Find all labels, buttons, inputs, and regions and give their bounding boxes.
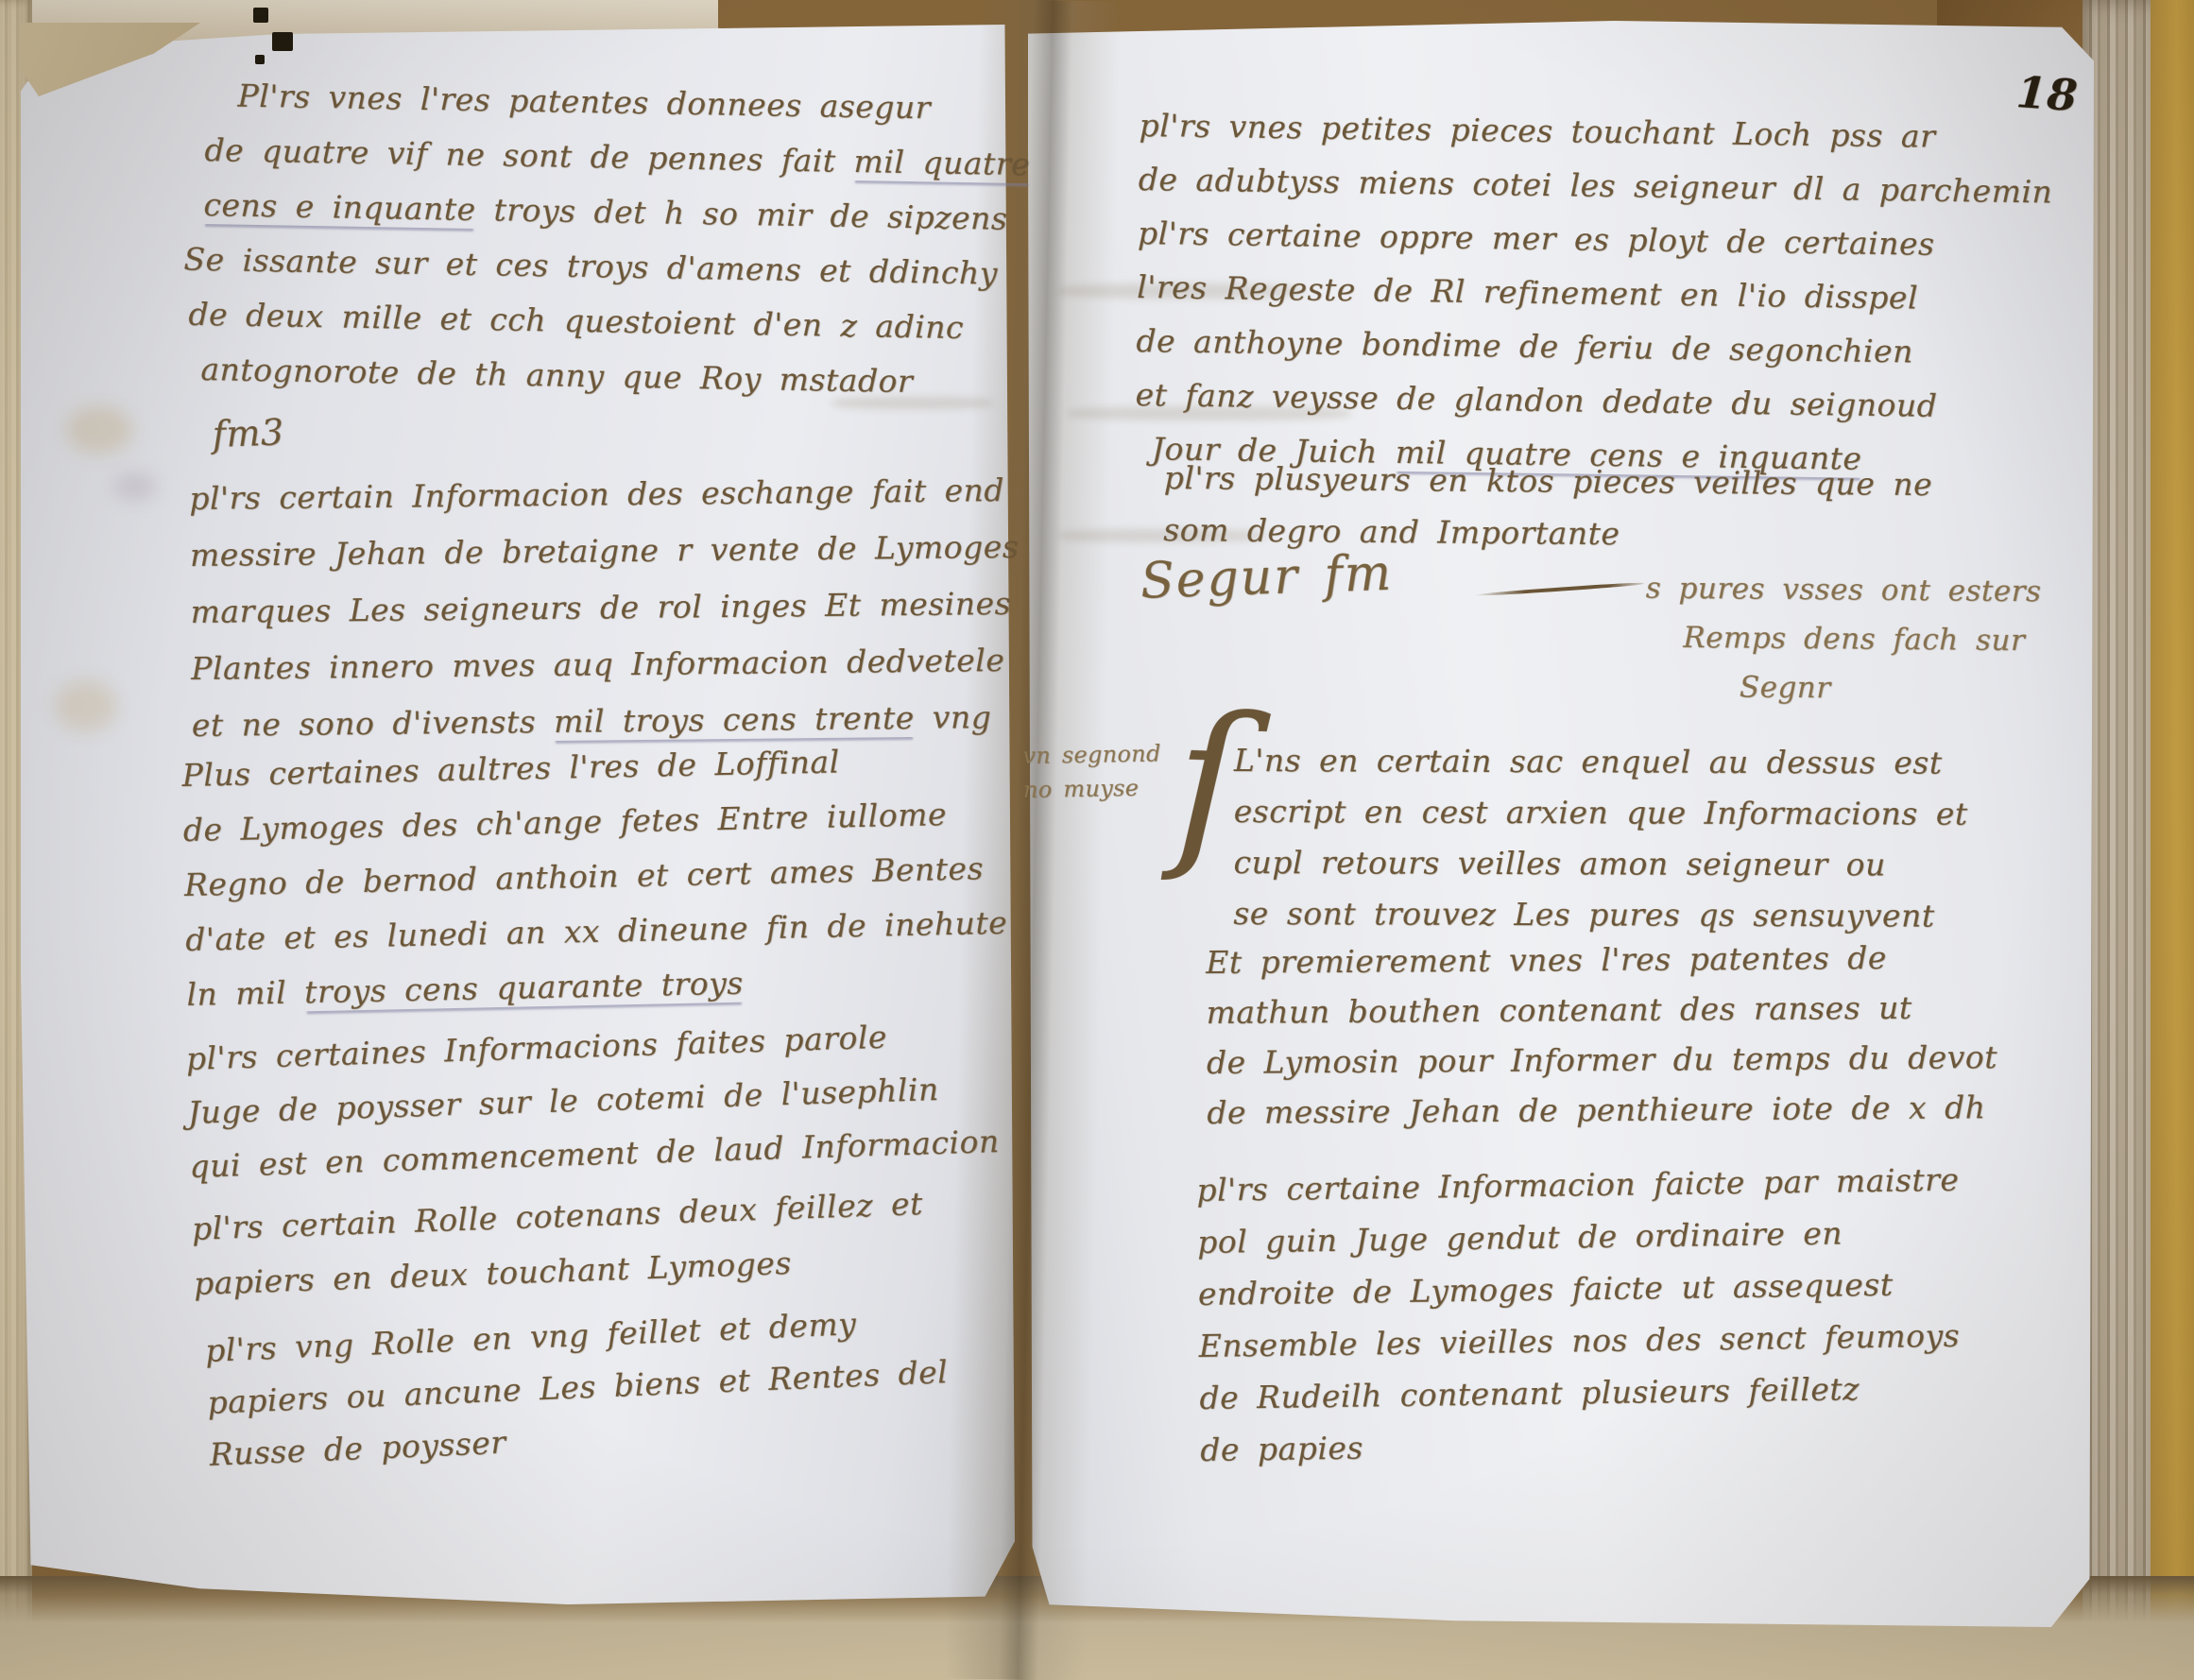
left-text-block-6: pl'rs vng Rolle en vng feillet et demy p… xyxy=(204,1294,951,1481)
catchword: fm3 xyxy=(212,411,284,455)
right-text-block-1: pl'rs vnes petites pieces touchant Loch … xyxy=(1134,98,2053,488)
left-text-block-3: Plus certaines aultres l'res de Loffinal… xyxy=(181,731,1009,1022)
foxing-stain xyxy=(113,472,157,501)
page-edges-right xyxy=(2083,0,2160,1680)
ink-speck xyxy=(253,8,268,23)
manuscript-photo: 18 Pl'rs vnes l'res patentes donnees ase… xyxy=(0,0,2194,1680)
foxing-stain xyxy=(66,406,132,454)
manuscript-line: marques Les seigneurs de rol inges Et me… xyxy=(190,575,1020,641)
right-text-block-4: Et premierement vnes l'res patentes de m… xyxy=(1206,932,1998,1138)
manuscript-line: Plantes innero mves auq Informacion dedv… xyxy=(191,632,1020,697)
manuscript-line: pl'rs plusyeurs en ktos pieces veilles q… xyxy=(1164,452,1933,510)
right-text-block-2: pl'rs plusyeurs en ktos pieces veilles q… xyxy=(1163,452,1932,562)
line-text: ln mil xyxy=(186,973,304,1013)
left-text-block-4: pl'rs certaines Informacions faites paro… xyxy=(185,1006,1000,1193)
manuscript-line: de messire Jehan de penthieure iote de x… xyxy=(1207,1082,1997,1138)
manuscript-line: L'ns en certain sac enquel au dessus est xyxy=(1234,735,1968,789)
underlined-phrase: troys cens quarante troys xyxy=(304,965,744,1012)
right-text-block-5: pl'rs certaine Informacion faicte par ma… xyxy=(1196,1154,1963,1476)
manuscript-line: de papies xyxy=(1200,1414,1963,1476)
margin-note: vn segnond no muyse xyxy=(1022,736,1161,807)
margin-note-line: no muyse xyxy=(1023,770,1162,807)
section-heading: Segur fm xyxy=(1140,545,1394,610)
ink-speck xyxy=(272,32,293,51)
line-text: troys det h so mir de sipzens xyxy=(475,191,1007,237)
manuscript-line: Segnr xyxy=(1740,662,2041,714)
foxing-stain xyxy=(55,680,117,731)
cover-edge-gold xyxy=(2151,0,2194,1680)
ink-speck xyxy=(255,55,265,64)
manuscript-line: de Lymosin pour Informer du temps du dev… xyxy=(1207,1032,1997,1088)
manuscript-line: de Rudeilh contenant plusieurs feilletz xyxy=(1199,1362,1963,1424)
manuscript-line: cupl retours veilles amon seigneur ou xyxy=(1233,837,1967,891)
manuscript-line: pl'rs certaine Informacion faicte par ma… xyxy=(1196,1154,1960,1216)
heading-side-lines: s pures vsses ont esters Remps dens fach… xyxy=(1371,561,2042,714)
margin-note-line: vn segnond xyxy=(1022,736,1161,773)
line-text: vng xyxy=(915,698,992,736)
manuscript-line: mathun bouthen contenant des ranses ut xyxy=(1206,982,1997,1037)
manuscript-line: s pures vsses ont esters xyxy=(1646,564,2042,617)
manuscript-line: messire Jehan de bretaigne r vente de Ly… xyxy=(190,519,1020,584)
underlined-phrase: cens e inquante xyxy=(203,186,476,229)
manuscript-line: escript en cest arxien que Informacions … xyxy=(1234,786,1968,840)
manuscript-line: Et premierement vnes l'res patentes de xyxy=(1206,932,1997,987)
line-text: et ne sono d'ivensts xyxy=(192,703,555,744)
left-text-block-1: Pl'rs vnes l'res patentes donnees asegur… xyxy=(200,68,1032,411)
manuscript-line: Remps dens fach sur xyxy=(1683,613,2041,665)
right-text-block-3: L'ns en certain sac enquel au dessus est… xyxy=(1233,735,1968,942)
left-text-block-2: pl'rs certain Informacion des eschange f… xyxy=(189,462,1020,754)
manuscript-line: pl'rs certain Informacion des eschange f… xyxy=(189,462,1019,527)
underlined-phrase: mil quatre xyxy=(853,143,1030,183)
line-text: de quatre vif ne sont de pennes fait xyxy=(204,131,854,180)
